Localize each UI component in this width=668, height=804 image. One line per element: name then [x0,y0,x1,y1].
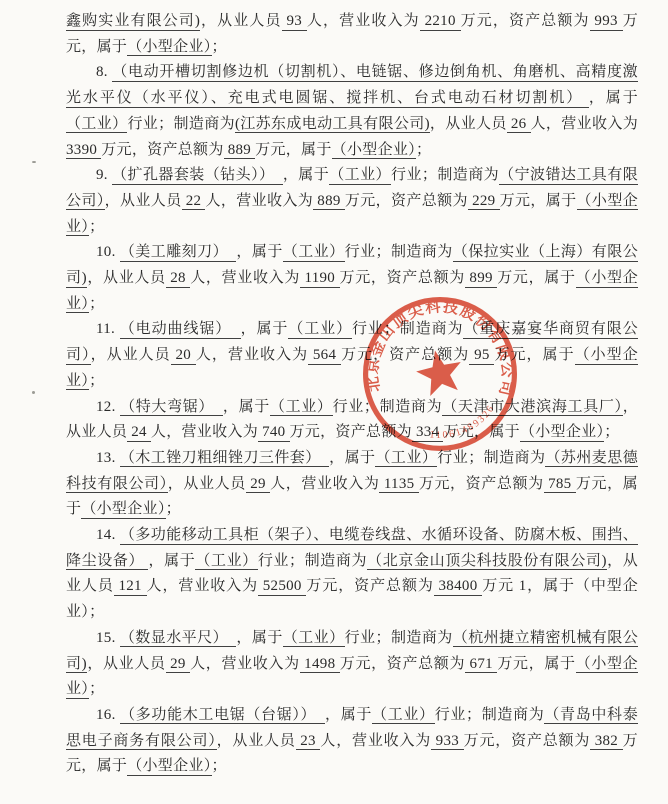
text-segment: 行业；制造商为 [391,167,499,183]
text-segment: 万元，资产总额为 [340,656,465,672]
text-segment: ，属于 [283,167,329,183]
filled-blank: （工业） [372,707,435,725]
filled-blank: 671 [465,656,497,674]
text-segment: 行业；制造商为 [258,553,367,569]
filled-blank: （多功能木工电锯（台锯）） [120,707,325,725]
text-segment: 万元，属于 [497,656,575,672]
text-segment: ，从业人员 [200,13,281,29]
list-item-15: 15. （数显水平尺） ，属于（工业）行业；制造商为（杭州捷立精密机械有限公司)… [66,626,638,703]
filled-blank: 20 [171,347,196,365]
text-segment: 行业；制造商为 [127,116,235,132]
filled-blank: （工业） [270,399,333,417]
list-item-11: 11. （电动曲线锯） ，属于（工业）行业；制造商为（重庆嘉宴华商贸有限公司），… [66,317,638,394]
list-item-8: 8. （电动开槽切割修边机（切割机）、电链锯、修边倒角机、角磨机、高精度激光水平… [66,60,638,163]
list-item-14: 14. （多功能移动工具柜（架子）、电缆卷线盘、水循环设备、防腐木板、围挡、降尘… [66,523,638,626]
text-segment: ，属于 [148,553,195,569]
text-segment: 人，营业收入为 [531,116,638,132]
text-segment: 14. [96,527,120,543]
text-segment: ，属于 [241,321,289,337]
seal-serial-text: 11061489326 [429,402,497,441]
text-segment: ，从业人员 [168,476,246,492]
filled-blank: 229 [468,193,500,211]
filled-blank: 24 [127,424,151,442]
filled-blank: （工业） [195,553,257,571]
filled-blank: 38400 [434,578,482,596]
filled-blank: 2210 [420,13,461,31]
filled-blank: 1135 [379,476,418,494]
text-segment: ，从业人员 [430,116,507,132]
text-segment: 13. [96,450,120,466]
filled-blank: 1498 [300,656,340,674]
filled-blank: （小型企业） [520,424,604,442]
text-segment: 人，营业收入为 [270,476,379,492]
text-segment: 人，营业收入为 [147,578,259,594]
text-segment: 15. [96,630,120,646]
text-segment: 万元，属于 [500,193,577,209]
company-seal-stamp: 北京金山顶尖科技股份有限公司 11061489326 [360,294,520,454]
filled-blank: 1190 [300,270,340,288]
filled-blank: 899 [465,270,497,288]
text-segment: 行业；制造商为 [345,630,453,646]
text-segment: 万元，资产总额为 [419,476,544,492]
scan-speck [32,161,36,163]
text-segment: ，从业人员 [91,347,171,363]
filled-blank: （小型企业） [332,142,416,160]
text-segment: ，属于 [236,630,282,646]
text-segment: 行业；制造商为 [345,244,453,260]
filled-blank: 52500 [258,578,306,596]
filled-blank: 3390 [66,142,101,160]
filled-blank: （美工雕刻刀） [120,244,237,262]
filled-blank: 26 [507,116,531,134]
filled-blank: (江苏东成电动工具有限公司) [235,116,430,134]
text-segment: 人，营业收入为 [190,270,300,286]
text-segment: 万元，资产总额为 [464,733,591,749]
document-page: 鑫购实业有限公司)，从业人员 93 人，营业收入为 2210 万元，资产总额为 … [0,0,668,804]
filled-blank: （工业） [329,167,391,185]
filled-blank: （数显水平尺） [120,630,237,648]
filled-blank: 29 [166,656,190,674]
filled-blank: 564 [308,347,341,365]
text-segment: 人，营业收入为 [307,13,420,29]
filled-blank: （小型企业） [127,758,211,776]
text-segment: ，从业人员 [87,270,166,286]
text-segment: 万元，属于 [497,270,575,286]
filled-blank: （小型企业） [127,39,211,57]
text-segment: 8. [96,64,112,80]
text-segment: 万元，资产总额为 [340,270,465,286]
scan-speck [32,391,35,394]
filled-blank: （工业） [283,244,345,262]
text-segment: ； [166,501,181,517]
text-segment: ，从业人员 [87,656,166,672]
text-segment: 人，营业收入为 [190,656,300,672]
text-segment: ； [212,39,227,55]
seal-star-icon [413,346,467,398]
filled-blank: 740 [258,424,290,442]
filled-blank: （电动开槽切割修边机（切割机）、电链锯、修边倒角机、角磨机、高精度激光水平仪（水… [66,64,638,107]
filled-blank: （工业） [283,630,345,648]
text-segment: ，属于 [325,707,372,723]
text-segment: ； [212,758,227,774]
filled-blank: 889 [313,193,345,211]
filled-blank: （电动曲线锯） [120,321,241,339]
text-segment: 人，营业收入为 [320,733,431,749]
item-7-continuation: 鑫购实业有限公司)，从业人员 93 人，营业收入为 2210 万元，资产总额为 … [66,9,638,60]
text-segment: ； [416,142,431,158]
list-item-12: 12. （特大弯锯） ，属于（工业）行业；制造商为（天津市大港滨海工具厂），从业… [66,395,638,446]
filled-blank: 121 [114,578,147,596]
filled-blank: 28 [166,270,190,288]
filled-blank: 993 [590,13,623,31]
filled-blank: 382 [590,733,623,751]
text-segment: 12. [96,399,120,415]
filled-blank: 29 [246,476,270,494]
text-segment: ； [89,373,104,389]
filled-blank: （扩孔器套装（钻头）） [112,167,283,185]
filled-blank: 鑫购实业有限公司) [66,13,200,31]
filled-blank: （特大弯锯） [120,399,223,417]
filled-blank: 785 [544,476,576,494]
text-segment: 9. [96,167,112,183]
text-segment: ，从业人员 [105,193,182,209]
text-segment: 16. [96,707,120,723]
text-segment: 万元，资产总额为 [345,193,468,209]
text-segment: ； [89,219,104,235]
list-item-9: 9. （扩孔器套装（钻头）） ，属于（工业）行业；制造商为（宁波错达工具有限公司… [66,163,638,240]
filled-blank: 93 [282,13,307,31]
text-segment: ，从业人员 [217,733,296,749]
text-segment: ； [89,296,104,312]
text-segment: 人，营业收入为 [151,424,258,440]
text-segment: ，属于 [589,90,638,106]
text-segment: 万元，资产总额为 [306,578,433,594]
text-segment: ； [89,681,104,697]
text-segment: ，属于 [223,399,270,415]
text-segment: 万元，资产总额为 [461,13,590,29]
filled-blank: 22 [182,193,206,211]
filled-blank: 933 [431,733,464,751]
text-segment: 10. [96,244,120,260]
text-segment: 行业；制造商为 [435,707,545,723]
filled-blank: 23 [296,733,321,751]
filled-blank: （小型企业） [81,501,165,519]
list-item-16: 16. （多功能木工电锯（台锯）） ，属于（工业）行业；制造商为（青岛中科泰思电… [66,703,638,780]
text-segment: 11. [96,321,120,337]
text-segment: ，属于 [236,244,282,260]
list-item-10: 10. （美工雕刻刀） ，属于（工业）行业；制造商为（保拉实业（上海）有限公司)… [66,240,638,317]
filled-blank: 889 [224,142,256,160]
filled-blank: （工业） [66,116,127,134]
list-item-13: 13. （木工锉刀粗细锉刀三件套） ，属于（工业）行业；制造商为（苏州麦思德科技… [66,446,638,523]
text-segment: 人，营业收入为 [196,347,308,363]
text-segment: 万元，资产总额为 [101,142,223,158]
text-segment: 万元，属于 [255,142,332,158]
text-segment: 人，营业收入为 [205,193,313,209]
filled-blank: （木工锉刀粗细锉刀三件套） [120,450,329,468]
filled-blank: （工业） [288,321,352,339]
filled-blank: （北京金山顶尖科技股份有限公司) [367,553,607,571]
text-segment: ； [604,424,619,440]
